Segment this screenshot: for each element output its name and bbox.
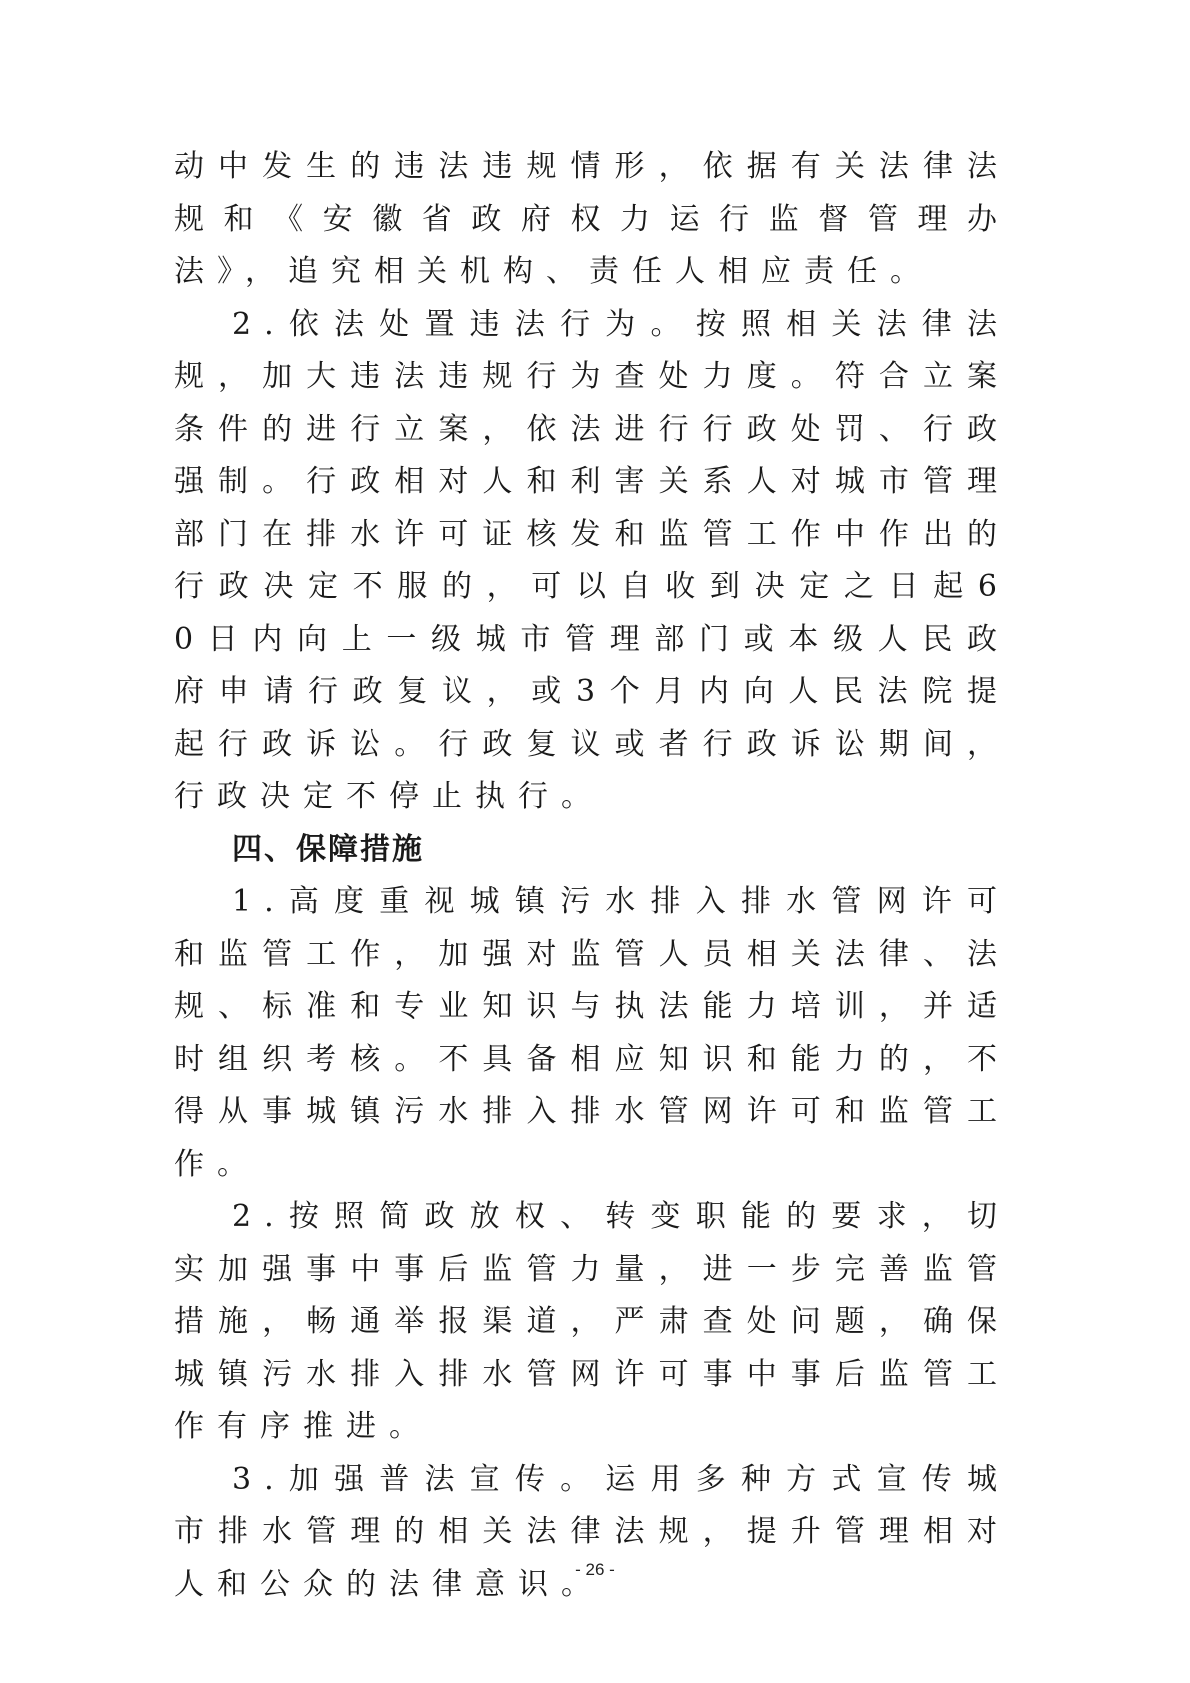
document-page: 动中发生的违法违规情形，依据有关法律法规和《安徽省政府权力运行监督管理办法》，追… [0, 0, 1190, 1683]
paragraph-item-1-attention: 1.高度重视城镇污水排入排水管网许可和监管工作，加强对监管人员相关法律、法规、标… [174, 876, 1010, 1191]
paragraph-item-2-legal-handling: 2.依法处置违法行为。按照相关法律法规，加大违法违规行为查处力度。符合立案条件的… [174, 299, 1010, 824]
paragraph-item-2-supervision: 2.按照简政放权、转变职能的要求，切实加强事中事后监管力量，进一步完善监管措施，… [174, 1191, 1010, 1454]
page-number: - 26 - [0, 1560, 1190, 1580]
paragraph-continuation: 动中发生的违法违规情形，依据有关法律法规和《安徽省政府权力运行监督管理办法》，追… [174, 141, 1010, 299]
paragraph-item-3-publicity: 3.加强普法宣传。运用多种方式宣传城市排水管理的相关法律法规，提升管理相对人和公… [174, 1454, 1010, 1612]
section-heading-safeguards: 四、保障措施 [174, 824, 1010, 877]
document-body: 动中发生的违法违规情形，依据有关法律法规和《安徽省政府权力运行监督管理办法》，追… [174, 141, 1010, 1611]
